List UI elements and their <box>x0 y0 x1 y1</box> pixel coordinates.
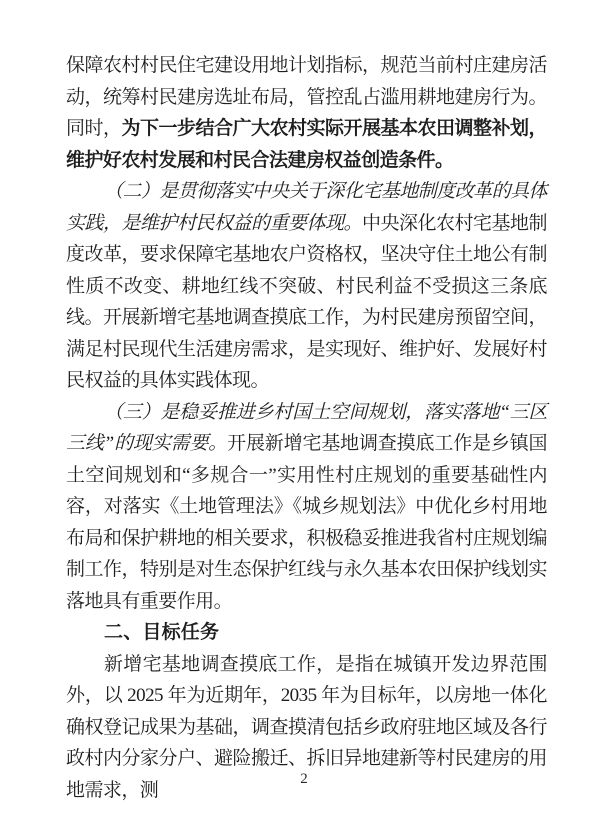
text-run-bold: 二、目标任务 <box>104 622 219 643</box>
paragraph: （二）是贯彻落实中央关于深化宅基地制度改革的具体实践，是维护村民权益的重要体现。… <box>66 176 547 397</box>
text-run-bold: 为下一步结合广大农村实际开展基本农田调整补划，维护好农村发展和村民合法建房权益创… <box>66 118 547 171</box>
paragraph: （三）是稳妥推进乡村国土空间规划，落实落地“三区三线”的现实需要。开展新增宅基地… <box>66 397 547 618</box>
page-number: 2 <box>0 770 608 788</box>
document-body: 保障农村村民住宅建设用地计划指标，规范当前村庄建房活动，统筹村民建房选址布局，管… <box>66 50 547 806</box>
document-page: 保障农村村民住宅建设用地计划指标，规范当前村庄建房活动，统筹村民建房选址布局，管… <box>0 0 608 823</box>
text-run-normal: 开展新增宅基地调查摸底工作是乡镇国土空间规划和“多规合一”实用性村庄规划的重要基… <box>66 433 547 612</box>
section-heading: 二、目标任务 <box>66 617 547 649</box>
text-run-normal: 中央深化农村宅基地制度改革，要求保障宅基地农户资格权，坚决守住土地公有制性质不改… <box>66 213 547 392</box>
paragraph: 保障农村村民住宅建设用地计划指标，规范当前村庄建房活动，统筹村民建房选址布局，管… <box>66 50 547 176</box>
